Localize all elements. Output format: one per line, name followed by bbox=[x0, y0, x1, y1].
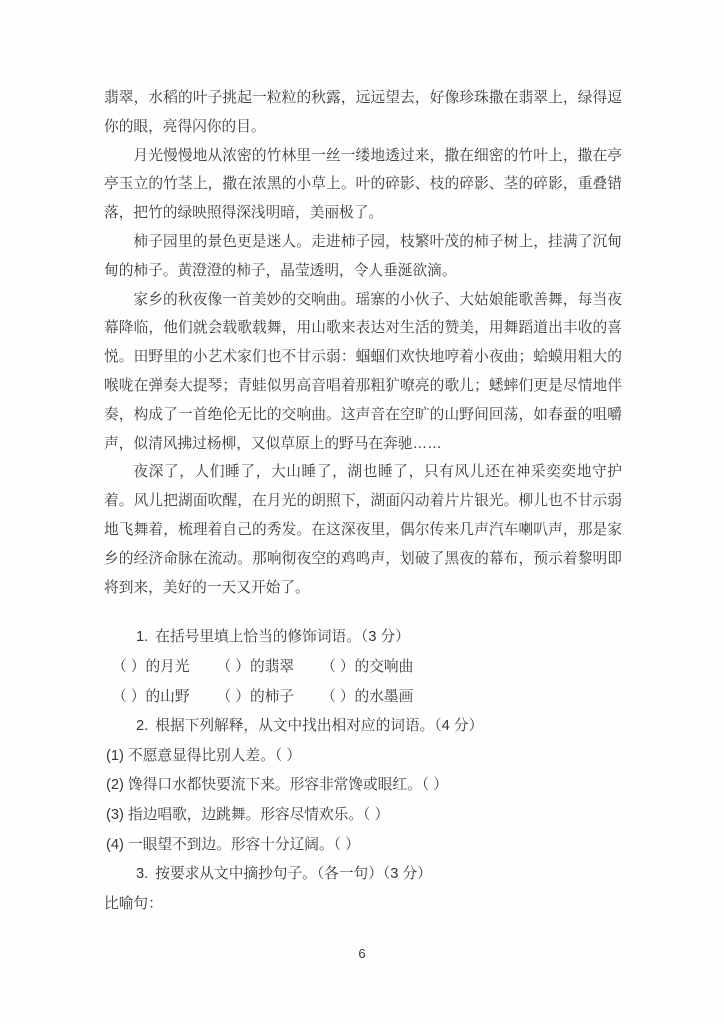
passage-paragraph: 翡翠，水稻的叶子挑起一粒粒的秋露，远远望去，好像珍珠撒在翡翠上，绿得逗你的眼，亮… bbox=[104, 84, 622, 142]
question-3-heading: 3.按要求从文中摘抄句子。（各一句）（3 分） bbox=[104, 860, 622, 890]
page-number: 6 bbox=[0, 946, 724, 961]
reading-passage: 翡翠，水稻的叶子挑起一粒粒的秋露，远远望去，好像珍珠撒在翡翠上，绿得逗你的眼，亮… bbox=[104, 84, 622, 602]
fill-blank-item: （ ）的水墨画 bbox=[321, 689, 413, 705]
metaphor-sentence-prompt: 比喻句： bbox=[104, 890, 622, 920]
question-2-item-2: (2) 馋得口水都快要流下来。形容非常馋或眼红。（ ） bbox=[104, 771, 622, 801]
question-3-text: 按要求从文中摘抄句子。（各一句）（3 分） bbox=[155, 866, 432, 882]
question-2-heading: 2.根据下列解释，从文中找出相对应的词语。（4 分） bbox=[104, 712, 622, 742]
fill-blank-item: （ ）的柿子 bbox=[217, 689, 295, 705]
question-1-text: 在括号里填上恰当的修饰词语。（3 分） bbox=[155, 629, 410, 645]
document-page: 翡翠，水稻的叶子挑起一粒粒的秋露，远远望去，好像珍珠撒在翡翠上，绿得逗你的眼，亮… bbox=[0, 0, 724, 1024]
passage-paragraph: 柿子园里的景色更是迷人。走进柿子园，枝繁叶茂的柿子树上，挂满了沉甸甸的柿子。黄澄… bbox=[104, 228, 622, 286]
question-2-item-1: (1) 不愿意显得比别人差。（ ） bbox=[104, 742, 622, 772]
question-2-text: 根据下列解释，从文中找出相对应的词语。（4 分） bbox=[155, 718, 483, 734]
fill-blank-item: （ ）的月光 bbox=[112, 659, 190, 675]
question-2-number: 2. bbox=[136, 718, 148, 734]
question-2-item-3: (3) 指边唱歌，边跳舞。形容尽情欢乐。（ ） bbox=[104, 801, 622, 831]
passage-paragraph: 夜深了，人们睡了，大山睡了，湖也睡了，只有风儿还在神采奕奕地守护着。风儿把湖面吹… bbox=[104, 458, 622, 602]
fill-blank-item: （ ）的山野 bbox=[112, 689, 190, 705]
question-1-number: 1. bbox=[136, 629, 148, 645]
page-content: 翡翠，水稻的叶子挑起一粒粒的秋露，远远望去，好像珍珠撒在翡翠上，绿得逗你的眼，亮… bbox=[104, 84, 622, 919]
passage-paragraph: 家乡的秋夜像一首美妙的交响曲。瑶寨的小伙子、大姑娘能歌善舞，每当夜幕降临，他们就… bbox=[104, 286, 622, 459]
question-3-number: 3. bbox=[136, 866, 148, 882]
questions-section: 1.在括号里填上恰当的修饰词语。（3 分） （ ）的月光（ ）的翡翠（ ）的交响… bbox=[104, 623, 622, 919]
fill-blank-item: （ ）的翡翠 bbox=[217, 659, 295, 675]
question-1-blank-row-1: （ ）的月光（ ）的翡翠（ ）的交响曲 bbox=[104, 653, 622, 683]
question-2-item-4: (4) 一眼望不到边。形容十分辽阔。（ ） bbox=[104, 831, 622, 861]
passage-paragraph: 月光慢慢地从浓密的竹林里一丝一缕地透过来，撒在细密的竹叶上，撒在亭亭玉立的竹茎上… bbox=[104, 142, 622, 228]
question-1-blank-row-2: （ ）的山野（ ）的柿子（ ）的水墨画 bbox=[104, 683, 622, 713]
question-1-heading: 1.在括号里填上恰当的修饰词语。（3 分） bbox=[104, 623, 622, 653]
fill-blank-item: （ ）的交响曲 bbox=[321, 659, 413, 675]
